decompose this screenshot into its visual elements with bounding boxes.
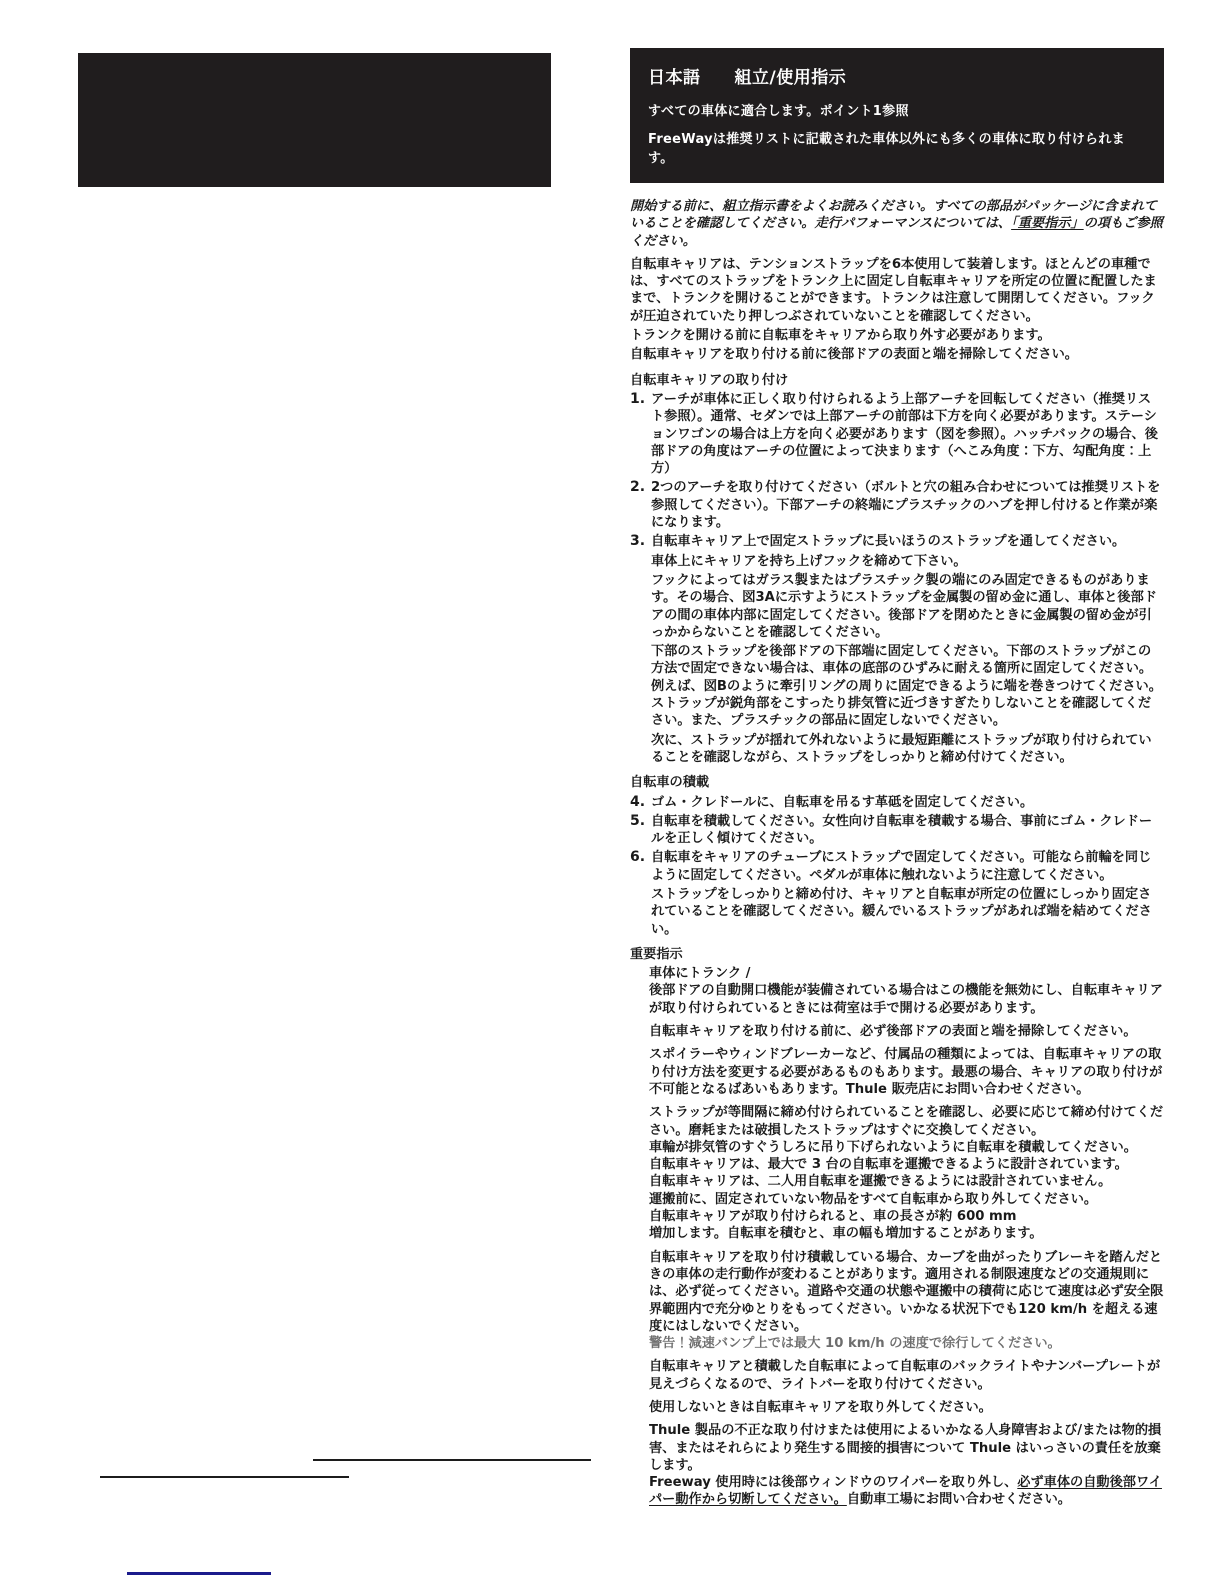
language-header-box: 日本語組立/使用指示 すべての車体に適合します。ポイント1参照 FreeWayは… <box>630 48 1164 183</box>
step-3-para-1: 自転車キャリア上で固定ストラップに長いほうのストラップを通してください。 <box>651 533 1164 550</box>
step-number-2: 2. <box>630 479 651 531</box>
section-heading-mounting: 自転車キャリアの取り付け <box>630 372 1164 389</box>
instruction-manual-page: 日本語組立/使用指示 すべての車体に適合します。ポイント1参照 FreeWayは… <box>0 0 1224 1584</box>
important-note-loose-items: 運搬前に、固定されていない物品をすべて自転車から取り外してください。 <box>649 1191 1164 1208</box>
header-subline-1: すべての車体に適合します。ポイント1参照 <box>648 100 1148 119</box>
step-3-body: 自転車キャリア上で固定ストラップに長いほうのストラップを通してください。 車体上… <box>651 533 1164 766</box>
step-3-para-2: 車体上にキャリアを持ち上げフックを締めて下さい。 <box>651 553 1164 570</box>
important-note-trunk-label: 車体にトランク / <box>649 965 1164 982</box>
important-note-max-bikes: 自転車キャリアは、最大で 3 台の自転車を運搬できるように設計されています。 <box>649 1156 1164 1173</box>
footer-navy-line <box>127 1572 271 1575</box>
right-text-column: 日本語組立/使用指示 すべての車体に適合します。ポイント1参照 FreeWayは… <box>630 48 1164 1509</box>
step-3-para-4: 下部のストラップを後部ドアの下部端に固定してください。下部のストラップがこの方法… <box>651 643 1164 729</box>
intro-italic-note: 開始する前に、組立指示書をよくお読みください。すべての部品がパッケージに含まれて… <box>630 198 1164 250</box>
section-heading-loading: 自転車の積載 <box>630 774 1164 791</box>
step-6-body: 自転車をキャリアのチューブにストラップで固定してください。可能なら前輪を同じよう… <box>651 849 1164 937</box>
instructions-body: 開始する前に、組立指示書をよくお読みください。すべての部品がパッケージに含まれて… <box>630 198 1164 1509</box>
step-number-5: 5. <box>630 813 651 848</box>
loading-step-4: 4. ゴム・クレドールに、自転車を吊るす革砥を固定してください。 <box>630 794 1164 811</box>
header-subline-2: FreeWayは推奨リストに記載された車体以外にも多くの車体に取り付けられます。 <box>648 128 1148 166</box>
step-number-4: 4. <box>630 794 651 811</box>
important-note-length-1: 自転車キャリアが取り付けられると、車の長さが約 600 mm <box>649 1208 1164 1225</box>
mounting-step-1: 1. アーチが車体に正しく取り付けられるよう上部アーチを回転してください（推奨リ… <box>630 391 1164 477</box>
important-note-spoiler: スポイラーやウィンドブレーカーなど、付属品の種類によっては、自転車キャリアの取り… <box>649 1046 1164 1098</box>
important-note-tandem: 自転車キャリアは、二人用自転車を運搬できるようには設計されていません。 <box>649 1173 1164 1190</box>
important-note-wiper: Freeway 使用時には後部ウィンドウのワイパーを取り外し、必ず車体の自動後部… <box>649 1474 1164 1509</box>
step-5-text: 自転車を積載してください。女性向け自転車を積載する場合、事前にゴム・クレドールを… <box>651 813 1164 848</box>
step-number-6: 6. <box>630 849 651 937</box>
intro-paragraph-2: トランクを開ける前に自転車をキャリアから取り外す必要があります。 <box>630 327 1164 344</box>
header-title-row: 日本語組立/使用指示 <box>648 63 1148 88</box>
important-note-clean-door: 自転車キャリアを取り付ける前に、必ず後部ドアの表面と端を掃除してください。 <box>649 1023 1164 1040</box>
step-3-para-3: フックによってはガラス製またはプラスチック製の端にのみ固定できるものがあります。… <box>651 572 1164 641</box>
step-1-text: アーチが車体に正しく取り付けられるよう上部アーチを回転してください（推奨リスト参… <box>651 391 1164 477</box>
blank-black-panel <box>78 53 551 187</box>
important-note-length-2: 増加します。自転車を積むと、車の幅も増加することがあります。 <box>649 1225 1164 1242</box>
step-3-para-5: 次に、ストラップが揺れて外れないように最短距離にストラップが取り付けられているこ… <box>651 732 1164 767</box>
intro-paragraph-1: 自転車キャリアは、テンションストラップを6本使用して装着します。ほとんどの車種で… <box>630 256 1164 325</box>
step-number-3: 3. <box>630 533 651 766</box>
divider-line-left <box>100 1476 349 1478</box>
step-6-para-1: 自転車をキャリアのチューブにストラップで固定してください。可能なら前輪を同じよう… <box>651 849 1164 884</box>
important-note-strap-check: ストラップが等間隔に締め付けられていることを確認し、必要に応じて締め付けてくださ… <box>649 1104 1164 1139</box>
loading-step-6: 6. 自転車をキャリアのチューブにストラップで固定してください。可能なら前輪を同… <box>630 849 1164 937</box>
important-note-remove-when-unused: 使用しないときは自転車キャリアを取り外してください。 <box>649 1399 1164 1416</box>
important-note-liability: Thule 製品の不正な取り付けまたは使用によるいかなる人身障害および/または物… <box>649 1422 1164 1474</box>
step-4-text: ゴム・クレドールに、自転車を吊るす革砥を固定してください。 <box>651 794 1164 811</box>
page-title: 組立/使用指示 <box>735 68 847 88</box>
important-notes: 車体にトランク / 後部ドアの自動開口機能が装備されている場合はこの機能を無効に… <box>630 965 1164 1509</box>
important-note-auto-open: 後部ドアの自動開口機能が装備されている場合はこの機能を無効にし、自転車キャリアが… <box>649 982 1164 1017</box>
language-label: 日本語 <box>648 68 701 88</box>
loading-step-5: 5. 自転車を積載してください。女性向け自転車を積載する場合、事前にゴム・クレド… <box>630 813 1164 848</box>
important-note-driving: 自転車キャリアを取り付け積載している場合、カーブを曲がったりブレーキを踏んだとき… <box>649 1249 1164 1335</box>
intro-italic-underlined: 「重要指示」 <box>1011 216 1084 231</box>
section-heading-important: 重要指示 <box>630 946 1164 963</box>
important-note-lightbar: 自転車キャリアと積載した自転車によって自転車のバックライトやナンバープレートが見… <box>649 1358 1164 1393</box>
divider-line-right <box>313 1459 591 1461</box>
step-2-text: 2つのアーチを取り付けてください（ボルトと穴の組み合わせについては推奨リストを参… <box>651 479 1164 531</box>
wiper-note-post: 自動車工場にお問い合わせください。 <box>847 1492 1071 1507</box>
step-6-para-2: ストラップをしっかりと締め付け、キャリアと自転車が所定の位置にしっかり固定されて… <box>651 886 1164 938</box>
intro-paragraph-3: 自転車キャリアを取り付ける前に後部ドアの表面と端を掃除してください。 <box>630 346 1164 363</box>
step-number-1: 1. <box>630 391 651 477</box>
speed-bump-warning: 警告！減速バンプ上では最大 10 km/h の速度で徐行してください。 <box>649 1335 1164 1352</box>
important-note-exhaust: 車輪が排気管のすぐうしろに吊り下げられないように自転車を積載してください。 <box>649 1139 1164 1156</box>
mounting-step-3: 3. 自転車キャリア上で固定ストラップに長いほうのストラップを通してください。 … <box>630 533 1164 766</box>
wiper-note-pre: Freeway 使用時には後部ウィンドウのワイパーを取り外し、 <box>649 1475 1017 1490</box>
mounting-step-2: 2. 2つのアーチを取り付けてください（ボルトと穴の組み合わせについては推奨リス… <box>630 479 1164 531</box>
